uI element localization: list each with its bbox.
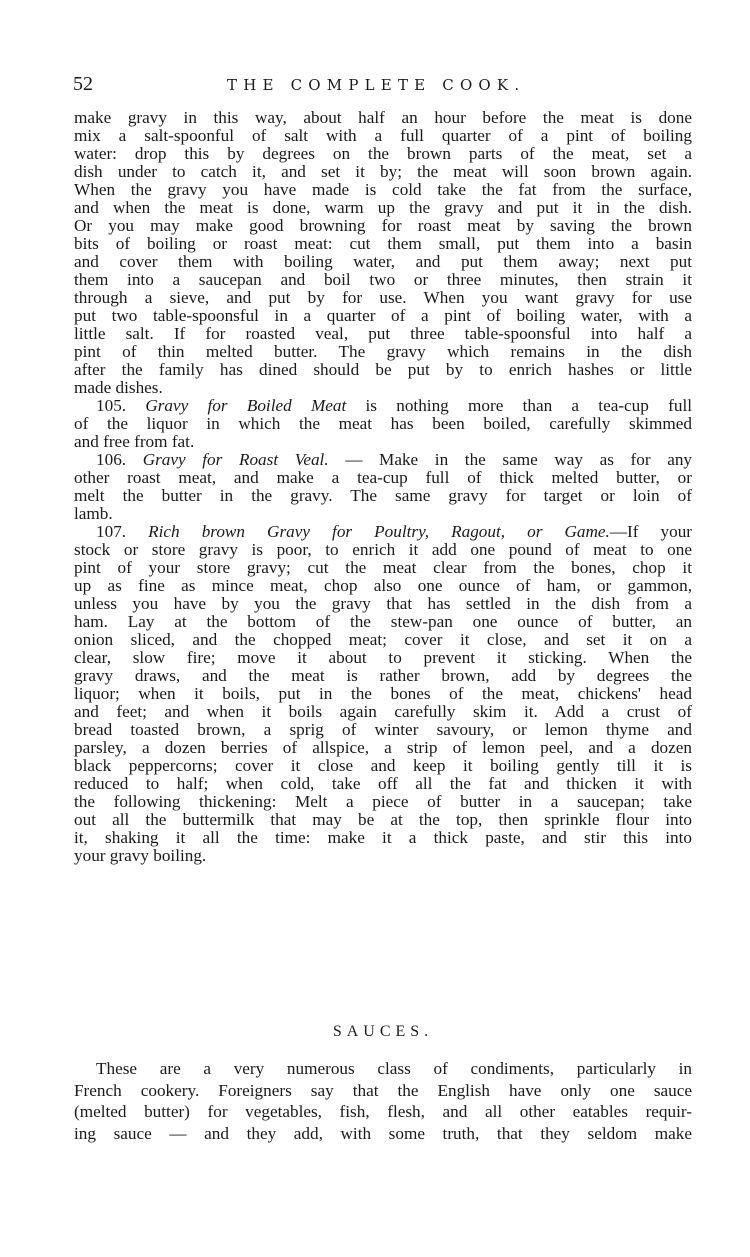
text-line: the following thickening: Melt a piece o… [74, 793, 692, 811]
recipe-number: 105. [96, 397, 126, 415]
text-line: clear, slow fire; move it about to preve… [74, 649, 692, 667]
text-line: gravy draws, and the meat is rather brow… [74, 667, 692, 685]
text-line: stock or store gravy is poor, to enrich … [74, 541, 692, 559]
recipe-title: Gravy for Roast Veal. [143, 451, 329, 469]
text-line: of the liquor in which the meat has been… [74, 415, 692, 433]
text-line: after the family has dined should be put… [74, 361, 692, 379]
text-line: bits of boiling or roast meat: cut them … [74, 235, 692, 253]
recipe-105: 105. Gravy for Boiled Meat is nothing mo… [74, 397, 692, 451]
recipe-number: 107. [96, 523, 126, 541]
text-line: parsley, a dozen berries of allspice, a … [74, 739, 692, 757]
recipe-title: Rich brown Gravy for Poultry, Ragout, or… [148, 523, 610, 541]
text-line: onion sliced, and the chopped meat; cove… [74, 631, 692, 649]
text-line: your gravy boiling. [74, 847, 692, 865]
text-line: pint of thin melted butter. The gravy wh… [74, 343, 692, 361]
text-line: other roast meat, and make a tea-cup ful… [74, 469, 692, 487]
text-line: put two table-spoonsful in a quarter of … [74, 307, 692, 325]
text-line: mix a salt-spoonful of salt with a full … [74, 127, 692, 145]
text-line: little salt. If for roasted veal, put th… [74, 325, 692, 343]
recipe-heading-line: 106. Gravy for Roast Veal. — Make in the… [74, 451, 692, 469]
text-fragment: is nothing more than a tea-cup full [346, 397, 692, 415]
text-line: pint of your store gravy; cut the meat c… [74, 559, 692, 577]
text-line: made dishes. [74, 379, 692, 397]
recipe-title: Gravy for Boiled Meat [145, 397, 346, 415]
text-line: These are a very numerous class of condi… [74, 1058, 692, 1080]
body-text: make gravy in this way, about half an ho… [74, 109, 692, 865]
text-line: and free from fat. [74, 433, 692, 451]
text-line: bread toasted brown, a sprig of winter s… [74, 721, 692, 739]
text-line: lamb. [74, 505, 692, 523]
text-line: black peppercorns; cover it close and ke… [74, 757, 692, 775]
text-line: through a sieve, and put by for use. Whe… [74, 289, 692, 307]
recipe-106: 106. Gravy for Roast Veal. — Make in the… [74, 451, 692, 523]
text-line: water: drop this by degrees on the brown… [74, 145, 692, 163]
recipe-heading-line: 105. Gravy for Boiled Meat is nothing mo… [74, 397, 692, 415]
text-line: reduced to half; when cold, take off all… [74, 775, 692, 793]
text-line: When the gravy you have made is cold tak… [74, 181, 692, 199]
recipe-heading-line: 107. Rich brown Gravy for Poultry, Ragou… [74, 523, 692, 541]
recipe-number: 106. [96, 451, 126, 469]
text-line: Or you may make good browning for roast … [74, 217, 692, 235]
text-line: them into a saucepan and boil two or thr… [74, 271, 692, 289]
text-line: ham. Lay at the bottom of the stew-pan o… [74, 613, 692, 631]
page-number: 52 [73, 73, 93, 95]
running-head: 52 THE COMPLETE COOK. [73, 73, 693, 95]
text-line: (melted butter) for vegetables, fish, fl… [74, 1101, 692, 1123]
text-line: ing sauce — and they add, with some trut… [74, 1123, 692, 1145]
text-line: it, shaking it all the time: make it a t… [74, 829, 692, 847]
sauces-intro: These are a very numerous class of condi… [74, 1058, 692, 1144]
text-line: up as fine as mince meat, chop also one … [74, 577, 692, 595]
text-line: make gravy in this way, about half an ho… [74, 109, 692, 127]
text-line: liquor; when it boils, put in the bones … [74, 685, 692, 703]
paragraph-continuation: make gravy in this way, about half an ho… [74, 109, 692, 397]
text-line: out all the buttermilk that may be at th… [74, 811, 692, 829]
text-fragment: — Make in the same way as for any [329, 451, 692, 469]
text-line: and cover them with boiling water, and p… [74, 253, 692, 271]
running-title: THE COMPLETE COOK. [227, 75, 525, 95]
text-line: and feet; and when it boils again carefu… [74, 703, 692, 721]
text-fragment: —If your [610, 523, 692, 541]
book-page: 52 THE COMPLETE COOK. make gravy in this… [0, 0, 750, 1257]
recipe-107: 107. Rich brown Gravy for Poultry, Ragou… [74, 523, 692, 865]
text-line: melt the butter in the gravy. The same g… [74, 487, 692, 505]
text-line: unless you have by you the gravy that ha… [74, 595, 692, 613]
text-line: French cookery. Foreigners say that the … [74, 1080, 692, 1102]
section-heading-sauces: SAUCES. [0, 1021, 750, 1043]
text-line: and when the meat is done, warm up the g… [74, 199, 692, 217]
text-line: dish under to catch it, and set it by; t… [74, 163, 692, 181]
